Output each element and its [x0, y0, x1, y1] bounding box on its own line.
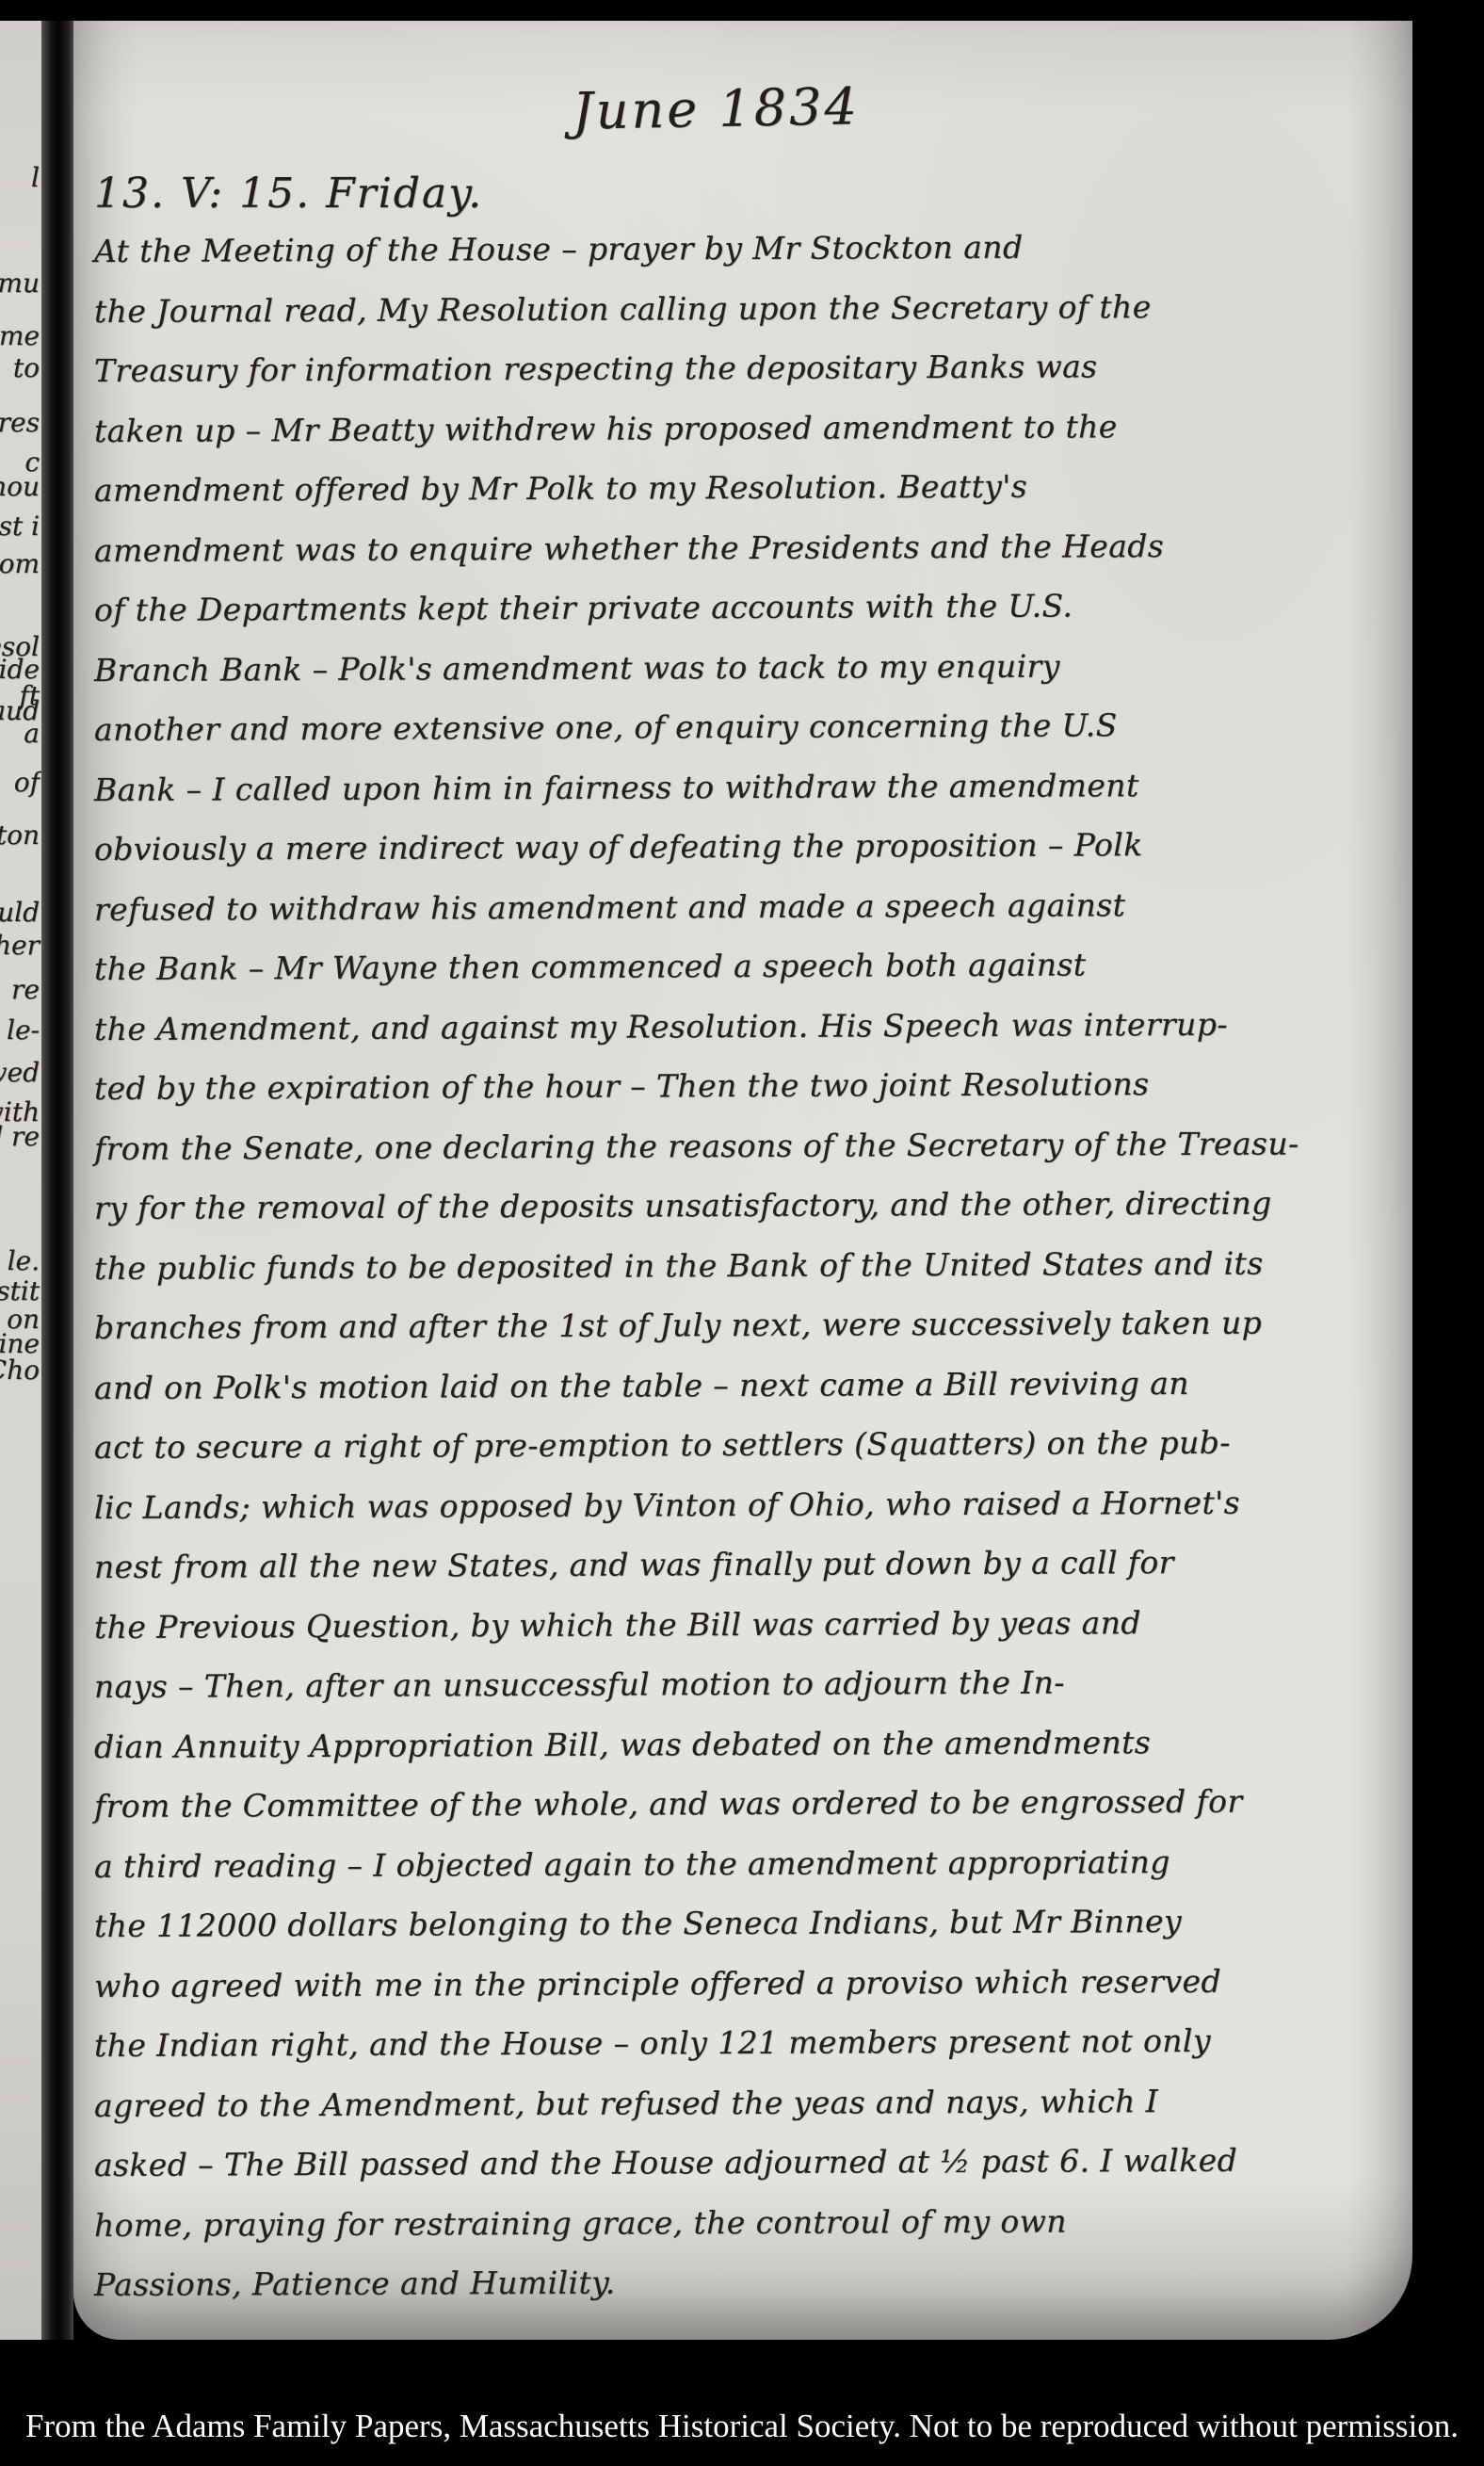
- diary-page: June 1834 13. V: 15. Friday. At the Meet…: [73, 21, 1412, 2340]
- manuscript-line: from the Senate, one declaring the reaso…: [94, 1124, 1399, 1190]
- facing-page-text-fragment: mu: [0, 268, 40, 299]
- facing-page-text-fragment: ist i: [0, 511, 40, 542]
- manuscript-line: home, praying for restraining grace, the…: [94, 2200, 1399, 2266]
- facing-page-text-fragment: Com: [0, 548, 40, 579]
- manuscript-line: agreed to the Amendment, but refused the…: [94, 2081, 1399, 2147]
- facing-page-edge: lmumetorescmouist iComesolftsideaudaofto…: [0, 21, 41, 2340]
- facing-page-text-fragment: re: [11, 974, 40, 1005]
- credit-text: From the Adams Family Papers, Massachuse…: [25, 2408, 1459, 2445]
- facing-page-text-fragment: of: [14, 767, 40, 798]
- facing-page-text-fragment: le.: [8, 1245, 40, 1276]
- manuscript-line: Bank – I called upon him in fairness to …: [94, 765, 1399, 831]
- facing-page-text-fragment: ton: [0, 819, 40, 851]
- facing-page-text-fragment: le-: [7, 1014, 40, 1046]
- manuscript-line: asked – The Bill passed and the House ad…: [94, 2141, 1399, 2207]
- manuscript-line: and on Polk's motion laid on the table –…: [94, 1363, 1399, 1429]
- facing-page-text-fragment: res: [0, 407, 40, 438]
- page-header-date: June 1834: [572, 76, 860, 140]
- manuscript-line: Passions, Patience and Humility.: [94, 2261, 1399, 2327]
- facing-page-text-fragment: me: [0, 320, 40, 351]
- manuscript-line: from the Committee of the whole, and was…: [94, 1782, 1399, 1848]
- manuscript-scan: lmumetorescmouist iComesolftsideaudaofto…: [0, 0, 1484, 2466]
- facing-page-text-fragment: stit: [0, 1275, 40, 1306]
- manuscript-line: obviously a mere indirect way of defeati…: [94, 825, 1399, 891]
- facing-page-text-fragment: to: [13, 352, 40, 383]
- facing-page-text-fragment: wed: [0, 1057, 40, 1088]
- manuscript-line: who agreed with me in the principle offe…: [94, 1961, 1399, 2027]
- credit-bar: From the Adams Family Papers, Massachuse…: [0, 2387, 1484, 2466]
- manuscript-line: the 112000 dollars belonging to the Sene…: [94, 1902, 1399, 1968]
- manuscript-line: dian Annuity Appropriation Bill, was deb…: [94, 1722, 1399, 1788]
- manuscript-line: amendment was to enquire whether the Pre…: [94, 526, 1399, 592]
- manuscript-line: ted by the expiration of the hour – Then…: [94, 1064, 1399, 1130]
- facing-page-text-fragment: a: [24, 718, 40, 749]
- manuscript-line: the Journal read, My Resolution calling …: [94, 286, 1399, 352]
- manuscript-line: Treasury for information respecting the …: [94, 347, 1399, 413]
- manuscript-line: another and more extensive one, of enqui…: [94, 706, 1399, 771]
- entry-heading: 13. V: 15. Friday.: [94, 170, 483, 218]
- manuscript-line: At the Meeting of the House – prayer by …: [94, 227, 1399, 293]
- facing-page-text-fragment: ould: [0, 897, 40, 928]
- manuscript-line: the public funds to be deposited in the …: [94, 1243, 1399, 1309]
- facing-page-text-fragment: side: [0, 654, 40, 685]
- manuscript-line: lic Lands; which was opposed by Vinton o…: [94, 1483, 1399, 1549]
- manuscript-line: nays – Then, after an unsuccessful motio…: [94, 1663, 1399, 1728]
- manuscript-line: branches from and after the 1st of July …: [94, 1304, 1399, 1370]
- facing-page-text-fragment: l: [31, 162, 40, 193]
- manuscript-line: ry for the removal of the deposits unsat…: [94, 1184, 1399, 1250]
- entry-body: At the Meeting of the House – prayer by …: [94, 230, 1399, 2324]
- manuscript-line: refused to withdraw his amendment and ma…: [94, 884, 1399, 950]
- facing-page-text-fragment: ither: [0, 930, 40, 961]
- manuscript-line: act to secure a right of pre-emption to …: [94, 1423, 1399, 1489]
- manuscript-line: the Previous Question, by which the Bill…: [94, 1602, 1399, 1668]
- manuscript-line: Branch Bank – Polk's amendment was to ta…: [94, 645, 1399, 711]
- manuscript-line: of the Departments kept their private ac…: [94, 586, 1399, 652]
- manuscript-line: nest from all the new States, and was fi…: [94, 1543, 1399, 1609]
- manuscript-line: the Amendment, and against my Resolution…: [94, 1004, 1399, 1070]
- manuscript-line: the Bank – Mr Wayne then commenced a spe…: [94, 945, 1399, 1011]
- manuscript-line: the Indian right, and the House – only 1…: [94, 2021, 1399, 2087]
- manuscript-line: a third reading – I objected again to th…: [94, 1841, 1399, 1907]
- book-gutter-shadow: [41, 21, 73, 2340]
- facing-page-text-fragment: d re: [0, 1121, 40, 1152]
- facing-page-text-fragment: mou: [0, 471, 40, 502]
- facing-page-text-fragment: Cho: [0, 1355, 40, 1386]
- manuscript-line: amendment offered by Mr Polk to my Resol…: [94, 466, 1399, 532]
- manuscript-line: taken up – Mr Beatty withdrew his propos…: [94, 406, 1399, 472]
